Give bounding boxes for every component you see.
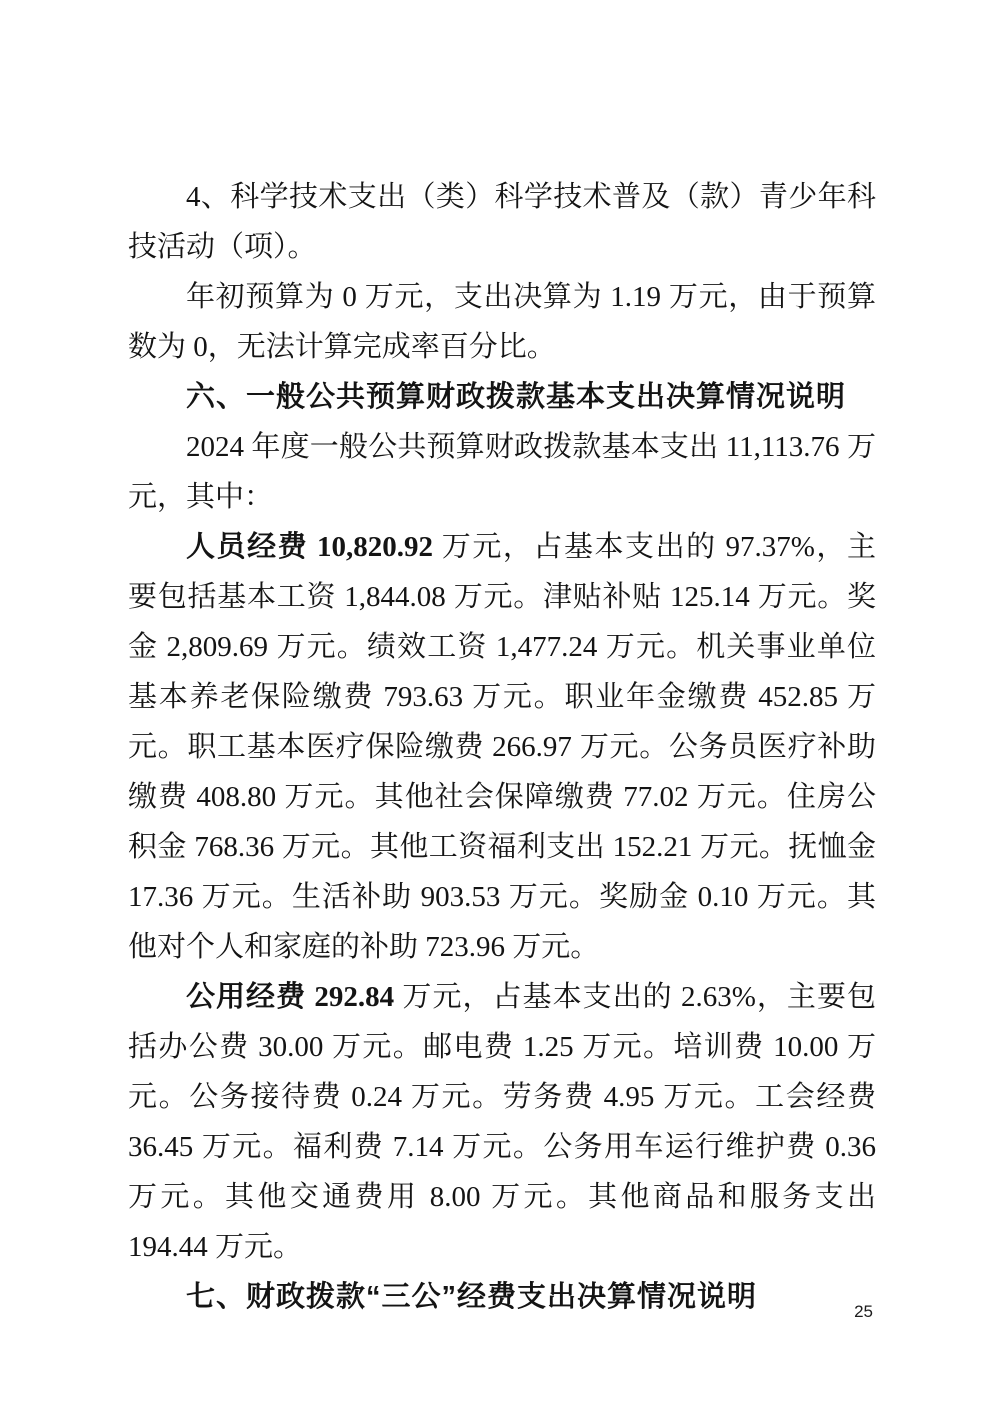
page-number: 25 [854, 1303, 873, 1320]
section6-heading: 六、一般公共预算财政拨款基本支出决算情况说明 [128, 372, 876, 422]
paragraph-personnel-expenses: 人员经费 10,820.92 万元，占基本支出的 97.37%，主要包括基本工资… [128, 522, 876, 972]
section7-heading: 七、财政拨款“三公”经费支出决算情况说明 [128, 1272, 876, 1322]
paragraph-public-expenses: 公用经费 292.84 万元，占基本支出的 2.63%，主要包括办公费 30.0… [128, 972, 876, 1272]
document-page: 4、科学技术支出（类）科学技术普及（款）青少年科技活动（项）。 年初预算为 0 … [0, 0, 1000, 1414]
paragraph-item4-note: 年初预算为 0 万元，支出决算为 1.19 万元，由于预算数为 0，无法计算完成… [128, 272, 876, 372]
personnel-expenses-lead: 人员经费 10,820.92 [186, 531, 433, 563]
personnel-expenses-detail: 万元，占基本支出的 97.37%，主要包括基本工资 1,844.08 万元。津贴… [128, 531, 876, 963]
paragraph-section6-intro: 2024 年度一般公共预算财政拨款基本支出 11,113.76 万元，其中： [128, 422, 876, 522]
paragraph-item4-title: 4、科学技术支出（类）科学技术普及（款）青少年科技活动（项）。 [128, 172, 876, 272]
public-expenses-detail: 万元，占基本支出的 2.63%，主要包括办公费 30.00 万元。邮电费 1.2… [128, 981, 876, 1263]
document-content: 4、科学技术支出（类）科学技术普及（款）青少年科技活动（项）。 年初预算为 0 … [128, 172, 876, 1322]
public-expenses-lead: 公用经费 292.84 [186, 981, 394, 1013]
